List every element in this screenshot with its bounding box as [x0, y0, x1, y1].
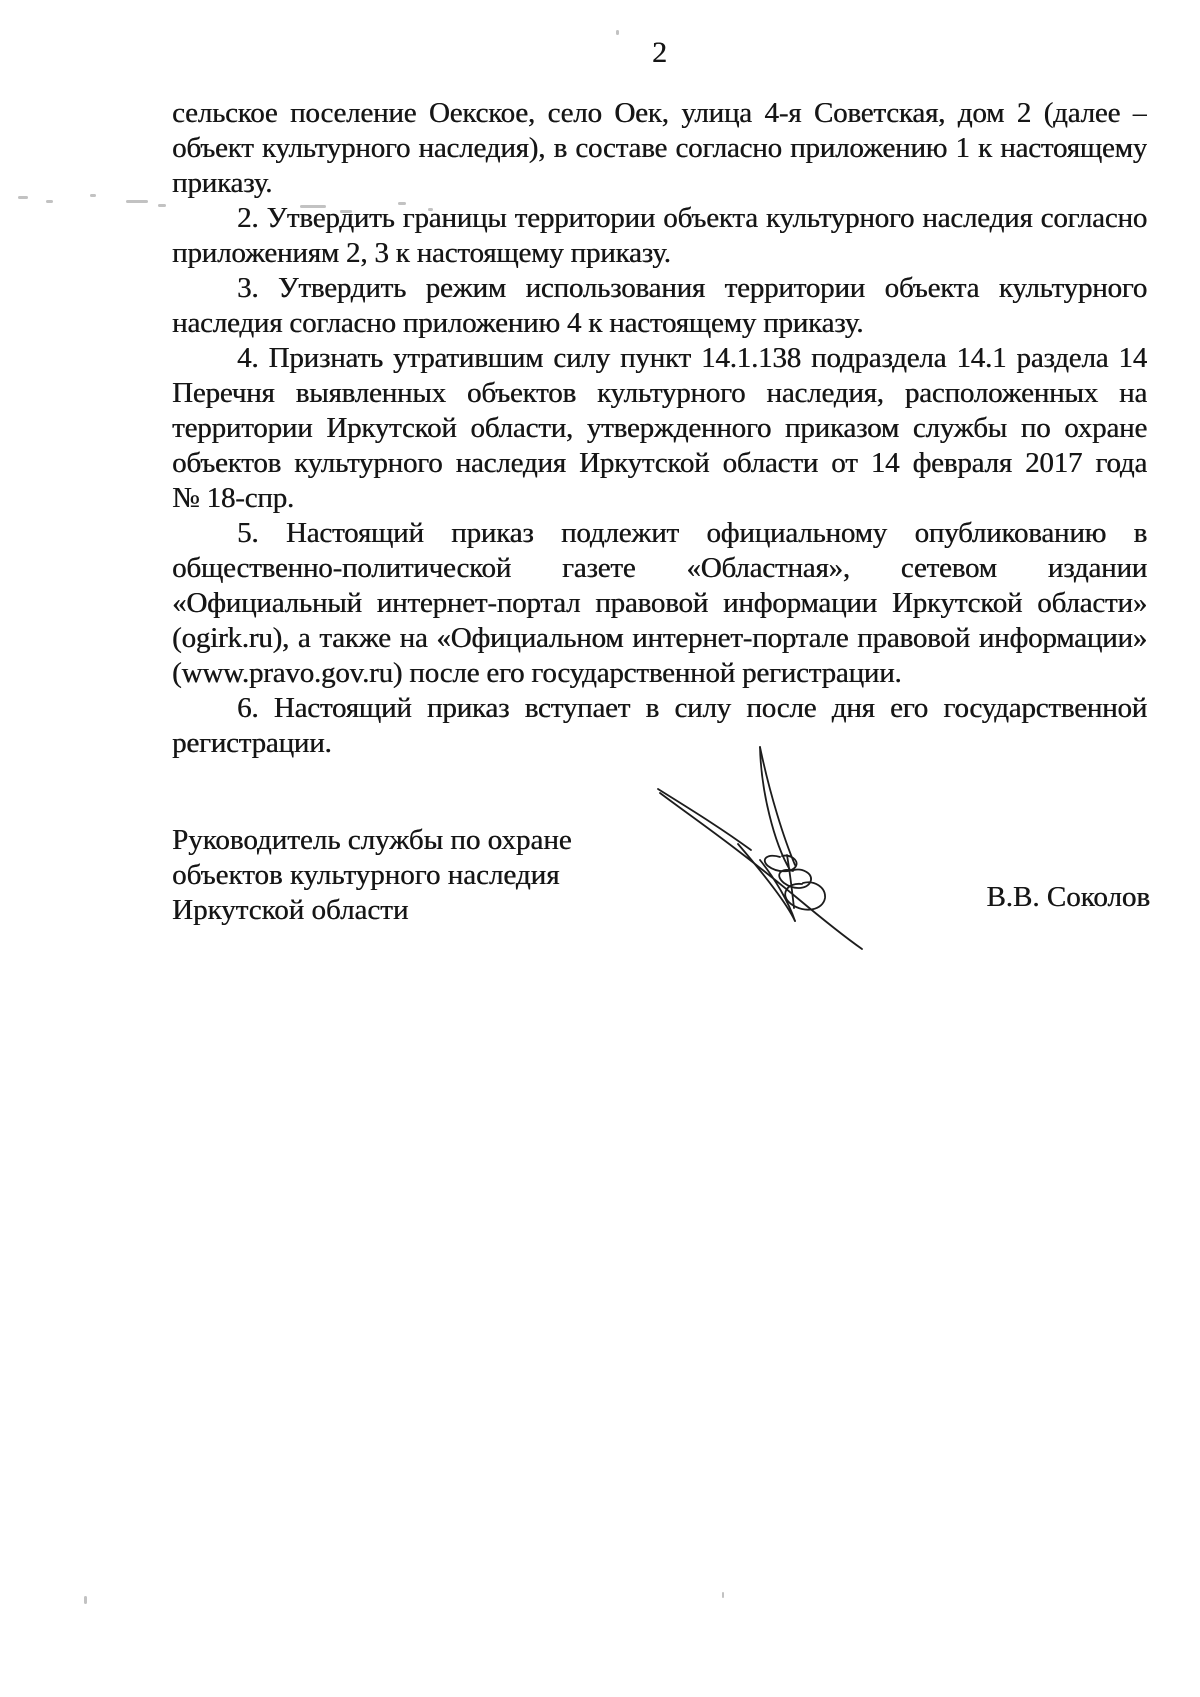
- text-line: № 18-спр.: [172, 482, 1147, 517]
- handwritten-signature-icon: [590, 727, 910, 967]
- text-line: наследия согласно приложению 4 к настоящ…: [172, 307, 1147, 342]
- text-line: (ogirk.ru), а также на «Официальном инте…: [172, 622, 1147, 657]
- scan-noise: [340, 210, 352, 213]
- text-line: Перечня выявленных объектов культурного …: [172, 377, 1147, 412]
- text-line: территории Иркутской области, утвержденн…: [172, 412, 1147, 447]
- signer-name: В.В. Соколов: [986, 881, 1150, 914]
- document-page: 2 сельское поселение Оекское, село Оек, …: [0, 0, 1200, 1697]
- text-line: общественно-политической газете «Областн…: [172, 552, 1147, 587]
- text-line: объект культурного наследия), в составе …: [172, 132, 1147, 167]
- scan-noise: [84, 1596, 87, 1604]
- text-line: приказу.: [172, 167, 1147, 202]
- scan-noise: [126, 200, 148, 203]
- page-number: 2: [172, 36, 1147, 70]
- text-line: объектов культурного наследия Иркутской …: [172, 447, 1147, 482]
- document-body: сельское поселение Оекское, село Оек, ул…: [172, 97, 1147, 762]
- scan-noise: [18, 196, 28, 199]
- text-line: 6. Настоящий приказ вступает в силу посл…: [172, 692, 1147, 727]
- scan-noise: [46, 200, 53, 203]
- text-line: 4. Признать утратившим силу пункт 14.1.1…: [172, 342, 1147, 377]
- text-line: 3. Утвердить режим использования террито…: [172, 272, 1147, 307]
- text-line: приложениям 2, 3 к настоящему приказу.: [172, 237, 1147, 272]
- scan-noise: [90, 194, 96, 197]
- text-line: сельское поселение Оекское, село Оек, ул…: [172, 97, 1147, 132]
- text-line: 5. Настоящий приказ подлежит официальном…: [172, 517, 1147, 552]
- text-line: (www.pravo.gov.ru) после его государстве…: [172, 657, 1147, 692]
- scan-noise: [722, 1592, 724, 1598]
- scan-noise: [158, 204, 166, 207]
- scan-noise: [428, 208, 433, 211]
- text-line: «Официальный интернет-портал правовой ин…: [172, 587, 1147, 622]
- scan-noise: [616, 30, 619, 35]
- scan-noise: [300, 205, 326, 208]
- scan-noise: [398, 202, 406, 205]
